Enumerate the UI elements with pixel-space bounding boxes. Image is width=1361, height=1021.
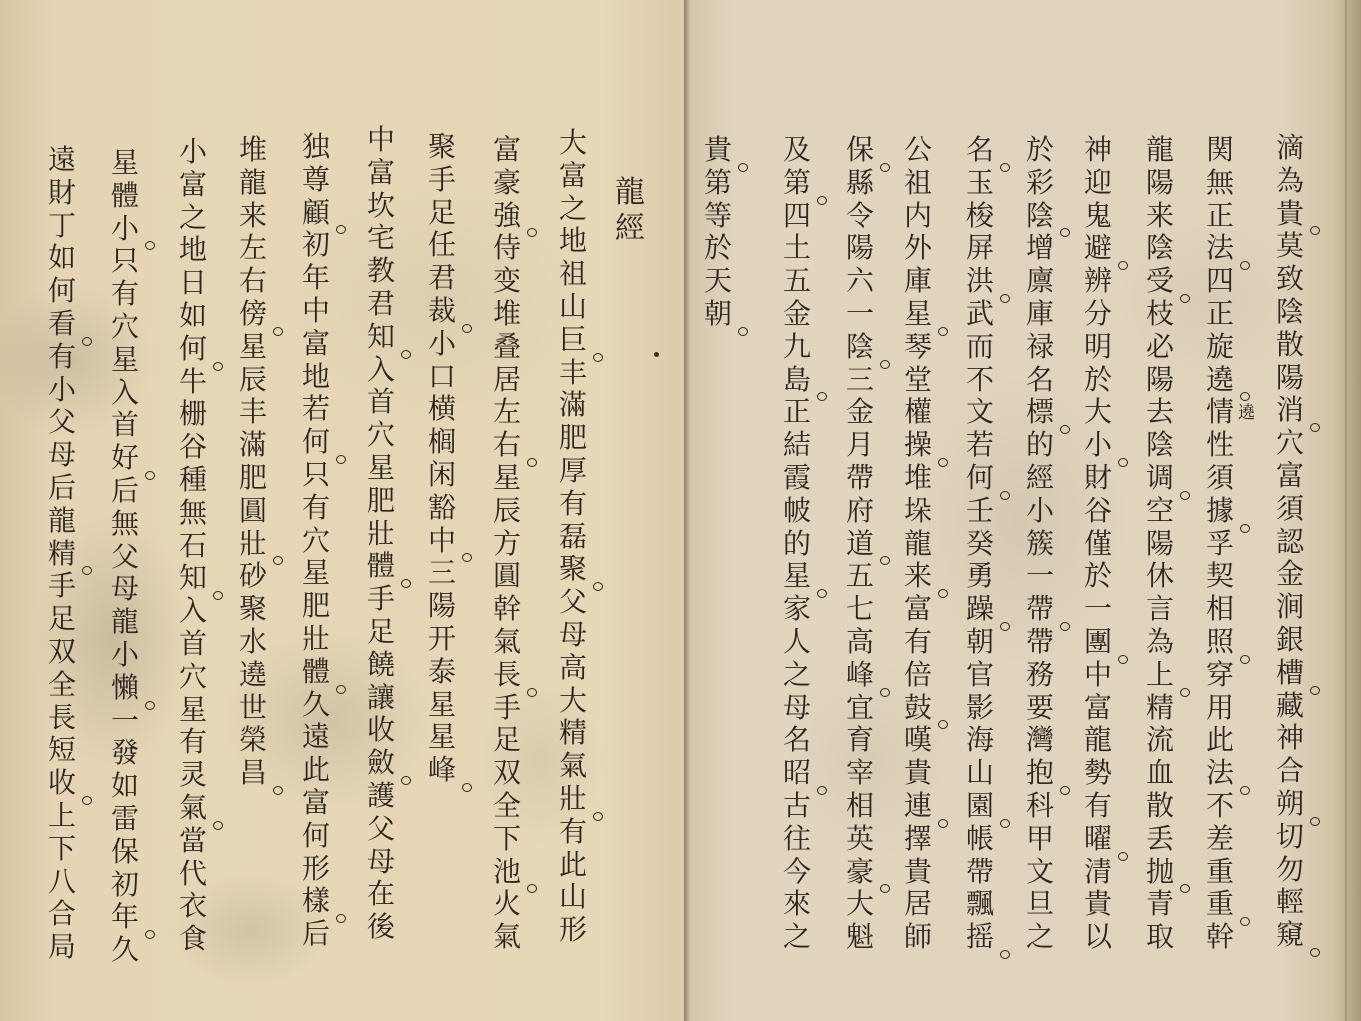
character: 切 xyxy=(1273,821,1307,854)
character: 短 xyxy=(45,734,79,767)
circle-punctuation-mark xyxy=(336,455,346,464)
character: 抛 xyxy=(1143,856,1177,889)
character: 帶 xyxy=(1023,593,1057,626)
character: 科 xyxy=(1023,790,1057,823)
circle-punctuation-mark xyxy=(213,362,223,371)
circle-punctuation-mark xyxy=(462,783,472,792)
character: 神 xyxy=(1081,134,1115,167)
character: 道 xyxy=(843,528,877,561)
character: 星 xyxy=(299,557,333,590)
character: 丰 xyxy=(556,357,590,390)
character: 土 xyxy=(780,232,814,265)
character: 迎 xyxy=(1081,167,1115,200)
character: 海 xyxy=(963,724,997,757)
character: 首 xyxy=(176,628,210,661)
circle-punctuation-mark xyxy=(1240,524,1250,533)
character: 務 xyxy=(1023,659,1057,692)
character: 財 xyxy=(1081,462,1115,495)
character: 灣 xyxy=(1023,724,1057,757)
character: 壯 xyxy=(236,528,270,561)
character: 神 xyxy=(1273,722,1307,755)
character: 休 xyxy=(1143,560,1177,593)
character: 保 xyxy=(843,134,877,167)
character: 下 xyxy=(490,823,524,856)
character: 何 xyxy=(45,275,79,308)
character: 富 xyxy=(1081,692,1115,725)
character: 如 xyxy=(176,300,210,333)
character: 嘆 xyxy=(901,724,935,757)
character: 母 xyxy=(364,846,398,879)
circle-punctuation-mark xyxy=(462,324,472,333)
character: 契 xyxy=(1203,560,1237,593)
character: 穴 xyxy=(108,311,142,344)
character: 教 xyxy=(364,255,398,288)
character: 山 xyxy=(556,291,590,324)
character: 枝 xyxy=(1143,298,1177,331)
character: 月 xyxy=(843,429,877,462)
text-column: 滴為貴莫致陰散陽消穴富須認金涧銀槽藏神合朔切勿輕窺 xyxy=(1273,132,1307,952)
character: 四 xyxy=(1203,265,1237,298)
character: 山 xyxy=(556,881,590,914)
character: 避 xyxy=(1081,232,1115,265)
character: 小 xyxy=(108,639,142,672)
character: 高 xyxy=(843,626,877,659)
character: 龍 xyxy=(45,505,79,538)
character: 入 xyxy=(176,595,210,628)
character: 的 xyxy=(1023,429,1057,462)
character: 星 xyxy=(425,721,459,754)
character: 散 xyxy=(1273,329,1307,362)
character: 全 xyxy=(490,790,524,823)
character: 涧 xyxy=(1273,591,1307,624)
character: 於 xyxy=(1081,560,1115,593)
character: 火 xyxy=(490,888,524,921)
character: 闲 xyxy=(425,459,459,492)
character: 躁 xyxy=(963,593,997,626)
text-column: 名玉梭屏洪武而不文若何壬癸勇躁朝官影海山園帳帶飄摇 xyxy=(963,134,997,954)
circle-punctuation-mark xyxy=(273,327,283,336)
character: 星 xyxy=(425,689,459,722)
character: 手 xyxy=(45,570,79,603)
character: 垛 xyxy=(901,495,935,528)
character: 不 xyxy=(963,364,997,397)
character: 小 xyxy=(108,213,142,246)
character: 四 xyxy=(780,200,814,233)
character: 氣 xyxy=(176,792,210,825)
character: 及 xyxy=(780,134,814,167)
character: 辰 xyxy=(490,495,524,528)
circle-punctuation-mark xyxy=(1118,852,1128,861)
character: 長 xyxy=(490,659,524,692)
character: 丰 xyxy=(236,396,270,429)
character: 重 xyxy=(1203,856,1237,889)
character: 只 xyxy=(299,459,333,492)
character: 昭 xyxy=(780,757,814,790)
character: 星 xyxy=(108,147,142,180)
character: 幹 xyxy=(1203,921,1237,954)
character: 祖 xyxy=(556,258,590,291)
character: 穴 xyxy=(1273,427,1307,460)
character: 精 xyxy=(1143,692,1177,725)
character: 大 xyxy=(1081,396,1115,429)
character: 富 xyxy=(299,787,333,820)
character: 外 xyxy=(901,232,935,265)
character: 局 xyxy=(45,931,79,964)
character: 来 xyxy=(1143,200,1177,233)
character: 有 xyxy=(45,341,79,374)
character: 形 xyxy=(556,914,590,947)
character: 左 xyxy=(490,396,524,429)
character: 水 xyxy=(236,626,270,659)
text-column: 関無正法四正旋遶情性須據孚契相照穿用此法不差重重幹 xyxy=(1203,134,1237,954)
character: 堂 xyxy=(901,364,935,397)
character: 入 xyxy=(364,354,398,387)
character: 看 xyxy=(45,308,79,341)
character: 何 xyxy=(176,333,210,366)
character: 今 xyxy=(780,856,814,889)
character: 星 xyxy=(780,560,814,593)
character: 肥 xyxy=(556,422,590,455)
character: 等 xyxy=(701,200,735,233)
character: 调 xyxy=(1143,462,1177,495)
character: 旦 xyxy=(1023,888,1057,921)
character: 彩 xyxy=(1023,167,1057,200)
character: 穴 xyxy=(364,419,398,452)
character: 知 xyxy=(364,321,398,354)
character: 全 xyxy=(45,669,79,702)
character: 強 xyxy=(490,200,524,233)
character: 泰 xyxy=(425,656,459,689)
character: 左 xyxy=(236,232,270,265)
character: 在 xyxy=(364,878,398,911)
circle-punctuation-mark xyxy=(938,458,948,467)
character: 中 xyxy=(425,525,459,558)
circle-punctuation-mark xyxy=(1180,491,1190,500)
character: 去 xyxy=(1143,396,1177,429)
character: 朝 xyxy=(701,298,735,331)
character: 有 xyxy=(556,488,590,521)
character: 何 xyxy=(299,426,333,459)
character: 父 xyxy=(108,541,142,574)
character: 手 xyxy=(425,164,459,197)
character: 砂 xyxy=(236,560,270,593)
character: 名 xyxy=(1023,364,1057,397)
character: 山 xyxy=(963,757,997,790)
character: 来 xyxy=(901,560,935,593)
character: 年 xyxy=(108,901,142,934)
character: 縣 xyxy=(843,167,877,200)
character: 何 xyxy=(299,820,333,853)
character: 槽 xyxy=(1273,657,1307,690)
character: 有 xyxy=(176,726,210,759)
character: 往 xyxy=(780,823,814,856)
character: 令 xyxy=(843,200,877,233)
text-column: 公祖内外庫星琴堂權操堆垛龍来富有倍鼓嘆貴連擇貴居師 xyxy=(901,134,935,954)
character: 陰 xyxy=(1143,429,1177,462)
character: 变 xyxy=(490,265,524,298)
character: 圓 xyxy=(236,495,270,528)
character: 陰 xyxy=(843,331,877,364)
character: 何 xyxy=(963,462,997,495)
character: 首 xyxy=(364,386,398,419)
character: 星 xyxy=(108,344,142,377)
character: 小 xyxy=(1023,495,1057,528)
circle-punctuation-mark xyxy=(336,685,346,694)
character: 相 xyxy=(1203,593,1237,626)
character: 文 xyxy=(963,396,997,429)
character: 擇 xyxy=(901,823,935,856)
character: 坎 xyxy=(364,190,398,223)
circle-punctuation-mark xyxy=(1310,686,1320,695)
character: 增 xyxy=(1023,232,1057,265)
character: 島 xyxy=(780,364,814,397)
character: 星 xyxy=(364,452,398,485)
character: 金 xyxy=(843,396,877,429)
character: 受 xyxy=(1143,265,1177,298)
character: 大 xyxy=(556,127,590,160)
character: 取 xyxy=(1143,921,1177,954)
character: 第 xyxy=(701,167,735,200)
character: 護 xyxy=(364,780,398,813)
character: 癸 xyxy=(963,528,997,561)
character: 峰 xyxy=(425,754,459,787)
character: 名 xyxy=(780,724,814,757)
character: 六 xyxy=(843,265,877,298)
character: 育 xyxy=(843,724,877,757)
circle-punctuation-mark xyxy=(938,819,948,828)
circle-punctuation-mark xyxy=(1060,622,1070,631)
character: 年 xyxy=(299,262,333,295)
character: 以 xyxy=(1081,921,1115,954)
character: 旋 xyxy=(1203,331,1237,364)
character: 法 xyxy=(1203,757,1237,790)
character: 栅 xyxy=(176,398,210,431)
character: 滿 xyxy=(556,389,590,422)
character: 帶 xyxy=(1023,626,1057,659)
character: 谷 xyxy=(176,431,210,464)
character: 星 xyxy=(236,331,270,364)
character: 金 xyxy=(1273,558,1307,591)
circle-punctuation-mark xyxy=(213,821,223,830)
character: 肥 xyxy=(364,485,398,518)
circle-punctuation-mark xyxy=(817,786,827,795)
text-column: 大富之地祖山巨丰滿肥厚有磊聚父母高大精氣壯有此山形 xyxy=(556,127,590,947)
circle-punctuation-mark xyxy=(593,353,603,362)
character: 石 xyxy=(176,530,210,563)
character: 正 xyxy=(1203,200,1237,233)
character: 帳 xyxy=(963,823,997,856)
character: 於 xyxy=(701,232,735,265)
character: 後 xyxy=(364,911,398,944)
character: 壯 xyxy=(556,783,590,816)
character: 斂 xyxy=(364,747,398,780)
character: 此 xyxy=(1203,724,1237,757)
character: 富 xyxy=(364,157,398,190)
circle-punctuation-mark xyxy=(401,776,411,785)
character: 知 xyxy=(176,562,210,595)
character: 言 xyxy=(1143,593,1177,626)
character: 飄 xyxy=(963,888,997,921)
character: 團 xyxy=(1081,626,1115,659)
character: 致 xyxy=(1273,263,1307,296)
circle-punctuation-mark xyxy=(1000,491,1010,500)
character: 琴 xyxy=(901,331,935,364)
text-column: 貴第等於天朝 xyxy=(701,134,735,331)
character: 官 xyxy=(963,659,997,692)
character: 母 xyxy=(45,439,79,472)
character: 谷 xyxy=(1081,495,1115,528)
character: 此 xyxy=(299,754,333,787)
character: 三 xyxy=(425,557,459,590)
character: 懶 xyxy=(108,672,142,705)
character: 遶 xyxy=(1203,364,1237,397)
character: 明 xyxy=(1081,331,1115,364)
character: 於 xyxy=(1081,364,1115,397)
character: 流 xyxy=(1143,724,1177,757)
character: 形 xyxy=(299,853,333,886)
character: 母 xyxy=(780,692,814,725)
circle-punctuation-mark xyxy=(1000,950,1010,959)
character: 横 xyxy=(425,393,459,426)
character: 曜 xyxy=(1081,823,1115,856)
circle-punctuation-mark xyxy=(82,337,92,346)
character: 上 xyxy=(45,800,79,833)
character: 龍 xyxy=(901,528,935,561)
circle-punctuation-mark xyxy=(273,786,283,795)
ink-spot xyxy=(654,352,659,357)
character: 洪 xyxy=(963,265,997,298)
character: 中 xyxy=(364,124,398,157)
character: 辰 xyxy=(236,364,270,397)
character: 壬 xyxy=(963,495,997,528)
character: 牛 xyxy=(176,366,210,399)
character: 肥 xyxy=(299,590,333,623)
character: 巨 xyxy=(556,324,590,357)
character: 君 xyxy=(425,262,459,295)
circle-punctuation-mark xyxy=(1180,688,1190,697)
character: 池 xyxy=(490,856,524,889)
character: 樣 xyxy=(299,885,333,918)
circle-punctuation-mark xyxy=(738,327,748,336)
character: 武 xyxy=(963,298,997,331)
character: 内 xyxy=(901,200,935,233)
character: 朔 xyxy=(1273,788,1307,821)
character: 宰 xyxy=(843,757,877,790)
character: 聚 xyxy=(236,593,270,626)
character: 財 xyxy=(45,177,79,210)
text-column: 遠財丁如何看有小父母后龍精手足双全長短收上下八合局 xyxy=(45,144,79,964)
character: 侍 xyxy=(490,232,524,265)
character: 青 xyxy=(1143,888,1177,921)
character: 穿 xyxy=(1203,659,1237,692)
character: 丁 xyxy=(45,210,79,243)
character: 裁 xyxy=(425,295,459,328)
character: 保 xyxy=(108,836,142,869)
character: 為 xyxy=(1273,165,1307,198)
character: 合 xyxy=(1273,755,1307,788)
character: 一 xyxy=(843,298,877,331)
character: 不 xyxy=(1203,790,1237,823)
character: 結 xyxy=(780,429,814,462)
character: 尊 xyxy=(299,164,333,197)
character: 若 xyxy=(963,429,997,462)
character: 高 xyxy=(556,652,590,685)
character: 食 xyxy=(176,923,210,956)
circle-punctuation-mark xyxy=(880,688,890,697)
character: 師 xyxy=(901,921,935,954)
character: 體 xyxy=(364,550,398,583)
character: 散 xyxy=(1143,790,1177,823)
character: 聚 xyxy=(556,553,590,586)
character: 之 xyxy=(780,921,814,954)
character: 堆 xyxy=(490,298,524,331)
circle-punctuation-mark xyxy=(817,196,827,205)
character: 貴 xyxy=(1273,198,1307,231)
character: 龍 xyxy=(108,606,142,639)
character: 龍 xyxy=(236,167,270,200)
character: 長 xyxy=(45,702,79,735)
character: 小 xyxy=(425,328,459,361)
character: 幹 xyxy=(490,593,524,626)
character: 窺 xyxy=(1273,919,1307,952)
character: 豁 xyxy=(425,492,459,525)
character: 差 xyxy=(1203,823,1237,856)
character: 古 xyxy=(780,790,814,823)
character: 如 xyxy=(45,242,79,275)
character: 廪 xyxy=(1023,265,1057,298)
character: 任 xyxy=(425,229,459,262)
character: 發 xyxy=(108,737,142,770)
character: 豪 xyxy=(843,856,877,889)
character: 文 xyxy=(1023,856,1057,889)
character: 孚 xyxy=(1203,528,1237,561)
character: 富 xyxy=(901,593,935,626)
character: 七 xyxy=(843,593,877,626)
character: 須 xyxy=(1203,462,1237,495)
character: 雷 xyxy=(108,803,142,836)
character: 陰 xyxy=(1143,232,1177,265)
character: 祖 xyxy=(901,167,935,200)
character: 壯 xyxy=(364,518,398,551)
character: 中 xyxy=(299,295,333,328)
character: 據 xyxy=(1203,495,1237,528)
circle-punctuation-mark xyxy=(145,701,155,710)
character: 壯 xyxy=(299,623,333,656)
character: 后 xyxy=(45,472,79,505)
character: 認 xyxy=(1273,526,1307,559)
character: 小 xyxy=(176,136,210,169)
character: 富 xyxy=(490,134,524,167)
character: 母 xyxy=(556,619,590,652)
character: 勿 xyxy=(1273,854,1307,887)
character: 勢 xyxy=(1081,757,1115,790)
character: 足 xyxy=(425,197,459,230)
character: 莫 xyxy=(1273,230,1307,263)
character: 鼓 xyxy=(901,692,935,725)
character: 貴 xyxy=(1081,888,1115,921)
character: 足 xyxy=(490,724,524,757)
circle-punctuation-mark xyxy=(527,458,537,467)
character: 於 xyxy=(1023,134,1057,167)
character: 抱 xyxy=(1023,757,1057,790)
text-column: 保縣令陽六一陰三金月帶府道五七高峰宜育宰相英豪大魁 xyxy=(843,134,877,954)
character: 有 xyxy=(1081,790,1115,823)
character: 公 xyxy=(901,134,935,167)
character: 玉 xyxy=(963,167,997,200)
character: 清 xyxy=(1081,856,1115,889)
character: 合 xyxy=(45,898,79,931)
character: 照 xyxy=(1203,626,1237,659)
